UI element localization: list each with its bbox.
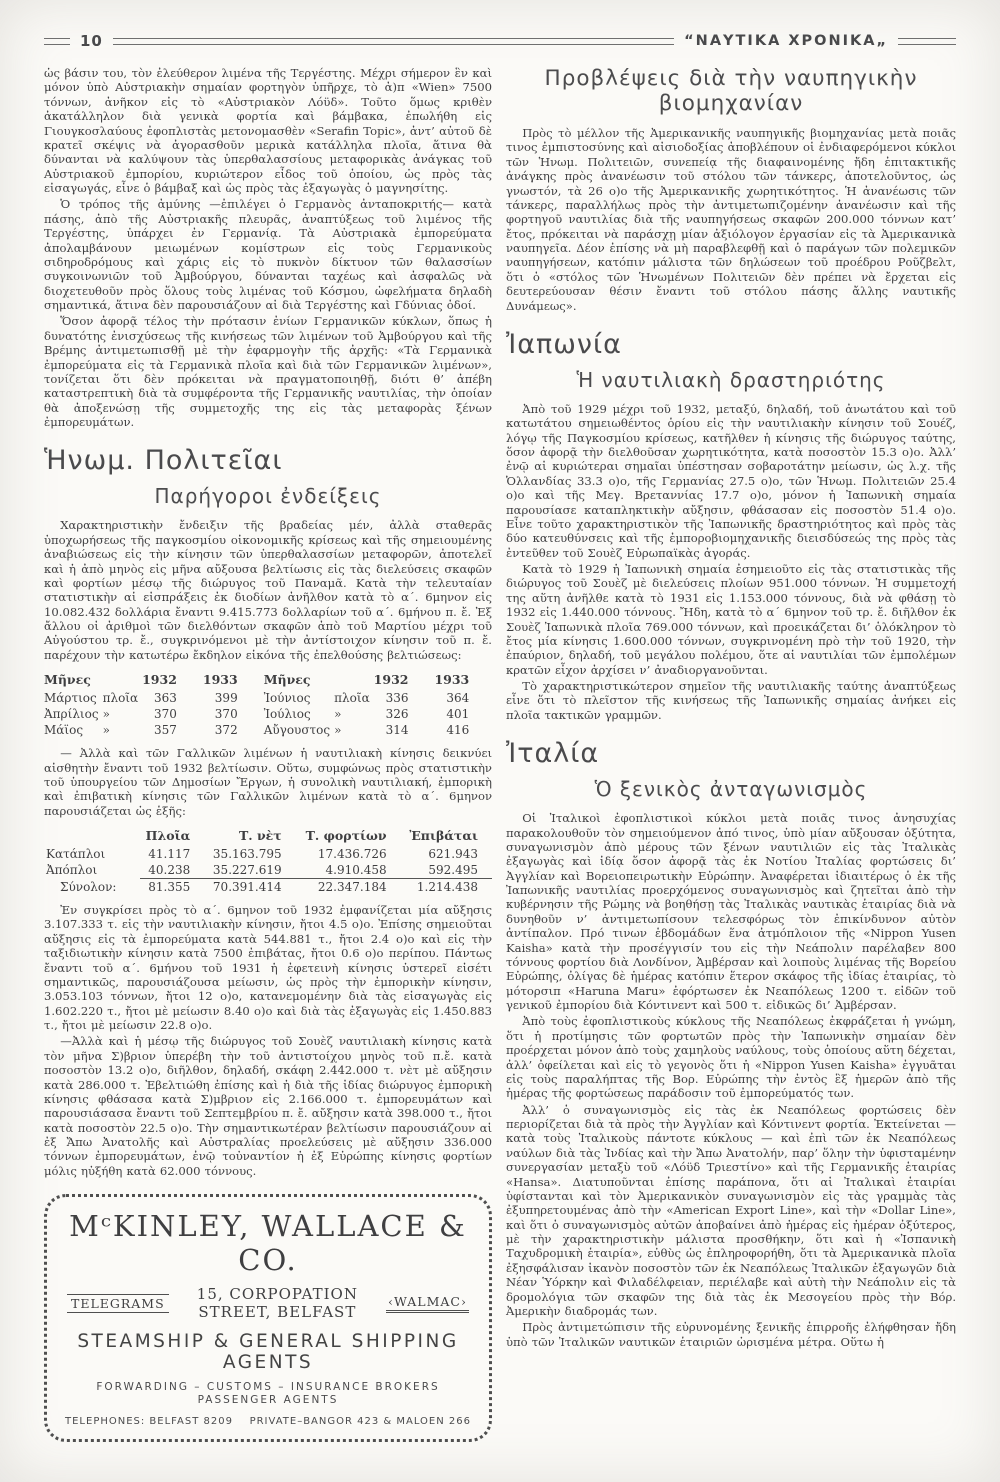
header-rule [44, 38, 70, 45]
article-paragraph: Ἀλλ’ ὁ συναγωνισμὸς εἰς τὰς ἐκ Νεαπόλεως… [506, 1103, 956, 1319]
page-number: 10 [80, 32, 103, 50]
article-title-foreign-competition: Ὁ ξενικὸς ἀνταγωνισμὸς [506, 777, 956, 801]
article-paragraph: Πρὸς τὸ μέλλον τῆς Ἀμερικανικῆς ναυπηγικ… [506, 126, 956, 313]
article-paragraph: Κατὰ τὸ 1929 ἡ Ἰαπωνικὴ σημαία ἐσημειοῦτ… [506, 562, 956, 677]
article-paragraph: Πρὸς ἀντιμετώπισιν τῆς εὐρυνομένης ξενικ… [506, 1320, 956, 1349]
article-paragraph: Τὸ χαρακτηριστικώτερον σημεῖον τῆς ναυτι… [506, 679, 956, 722]
table-header-row: Μῆνες 1932 1933 Μῆνες 1932 1933 [44, 670, 495, 690]
column-header [44, 826, 140, 846]
article-paragraph: —Ἀλλὰ καὶ ἡ μέσῳ τῆς διώρυγος τοῦ Σουὲζ … [44, 1034, 492, 1178]
column-header: 1933 [203, 670, 264, 690]
right-column: Προβλέψεις διὰ τὴν ναυπηγικὴν βιομηχανία… [506, 66, 956, 1351]
article-title-encouraging-signs: Παρήγοροι ἐνδείξεις [44, 484, 492, 508]
article-paragraph: Ἐν συγκρίσει πρὸς τὸ α΄. 6μηνον τοῦ 1932… [44, 903, 492, 1032]
column-header: Μῆνες [264, 670, 374, 690]
ad-services-line: PASSENGER AGENTS [65, 1394, 471, 1406]
article-paragraph: Ἀπὸ τοῦ 1929 μέχρι τοῦ 1932, μεταξύ, δηλ… [506, 402, 956, 560]
masthead-title: “ΝΑΥΤΙΚΑ ΧΡΟΝΙΚΑ„ [684, 33, 888, 49]
advertiser-name: MᶜKINLEY, WALLACE & CO. [65, 1209, 471, 1277]
article-title-shipbuilding-forecasts: Προβλέψεις διὰ τὴν ναυπηγικὴν βιομηχανία… [506, 66, 956, 116]
ad-services-line: FORWARDING – CUSTOMS – INSURANCE BROKERS [65, 1381, 471, 1393]
column-header: Μῆνες [44, 670, 142, 690]
column-header: 1932 [142, 670, 203, 690]
mckinley-wallace-advertisement: MᶜKINLEY, WALLACE & CO. TELEGRAMS 15, CO… [44, 1194, 492, 1442]
header-rule [113, 38, 674, 45]
header-rule [898, 38, 956, 45]
column-header: Πλοῖα [140, 826, 205, 846]
telegrams-label: TELEGRAMS [67, 1294, 169, 1313]
article-paragraph: Ὅσον ἀφορᾷ τέλος τὴν πρότασιν ἐνίων Γερμ… [44, 314, 492, 429]
table-row: Ἀπόπλοι 40.238 35.227.619 4.910.458 592.… [44, 862, 492, 879]
ad-main-line: STEAMSHIP & GENERAL SHIPPING AGENTS [65, 1331, 471, 1373]
page-header: 10 “ΝΑΥΤΙΚΑ ΧΡΟΝΙΚΑ„ [44, 30, 956, 52]
ad-street-address: 15, CORPOPATION STREET, BELFAST [169, 1285, 386, 1321]
section-heading-japan: Ἰαπωνία [506, 329, 956, 360]
column-header: Ἐπιβάται [401, 826, 492, 846]
column-header: Τ. νὲτ [204, 826, 295, 846]
column-header: 1932 [374, 670, 435, 690]
article-paragraph: Ὁ τρόπος τῆς ἀμύνης —ἐπιλέγει ὁ Γερμανὸς… [44, 197, 492, 312]
column-header: 1933 [434, 670, 495, 690]
french-ports-traffic-table: Πλοῖα Τ. νὲτ Τ. φορτίων Ἐπιβάται Κατάπλο… [44, 826, 492, 895]
section-heading-italy: Ἰταλία [506, 738, 956, 769]
ad-phone-left: TELEPHONES: BELFAST 8209 [65, 1416, 233, 1427]
table-row: Ἀπρίλιος » 370 370 Ἰούλιος » 326 401 [44, 706, 495, 722]
magazine-page: 10 “ΝΑΥΤΙΚΑ ΧΡΟΝΙΚΑ„ ὡς βάσιν του, τὸν ἐ… [0, 0, 1000, 1482]
article-paragraph: ὡς βάσιν του, τὸν ἐλεύθερον λιμένα τῆς Τ… [44, 66, 492, 195]
article-paragraph: Οἱ Ἰταλικοὶ ἐφοπλιστικοὶ κύκλοι μετὰ ποι… [506, 811, 956, 1012]
table-row: Κατάπλοι 41.117 35.163.795 17.436.726 62… [44, 846, 492, 862]
article-paragraph: Ἀπὸ τοὺς ἐφοπλιστικοὺς κύκλους τῆς Νεαπό… [506, 1014, 956, 1100]
ad-phone-right: PRIVATE–BANGOR 423 & MALOEN 266 [250, 1416, 471, 1427]
article-title-shipping-activity: Ἡ ναυτιλιακὴ δραστηριότης [506, 368, 956, 392]
article-paragraph: Χαρακτηριστικὴν ἔνδειξιν τῆς βραδείας μέ… [44, 518, 492, 662]
table-header-row: Πλοῖα Τ. νὲτ Τ. φορτίων Ἐπιβάται [44, 826, 492, 846]
telegraphic-address: ‹WALMAC› [386, 1294, 469, 1313]
two-column-layout: ὡς βάσιν του, τὸν ἐλεύθερον λιμένα τῆς Τ… [44, 66, 956, 1442]
table-total-row: Σύνολον: 81.355 70.391.414 22.347.184 1.… [44, 879, 492, 896]
column-header: Τ. φορτίων [296, 826, 401, 846]
section-heading-united-states: Ἡνωμ. Πολιτεῖαι [44, 445, 492, 476]
left-column: ὡς βάσιν του, τὸν ἐλεύθερον λιμένα τῆς Τ… [44, 66, 492, 1442]
ad-phones-row: TELEPHONES: BELFAST 8209 PRIVATE–BANGOR … [65, 1416, 471, 1427]
panama-monthly-traffic-table: Μῆνες 1932 1933 Μῆνες 1932 1933 Μάρτιος … [44, 670, 495, 738]
table-row: Μάϊος » 357 372 Αὔγουστος » 314 416 [44, 722, 495, 738]
ad-address-row: TELEGRAMS 15, CORPOPATION STREET, BELFAS… [67, 1285, 469, 1321]
table-row: Μάρτιος πλοῖα 363 399 Ἰούνιος πλοῖα 336 … [44, 690, 495, 706]
article-paragraph: — Ἀλλὰ καὶ τῶν Γαλλικῶν λιμένων ἡ ναυτιλ… [44, 746, 492, 818]
